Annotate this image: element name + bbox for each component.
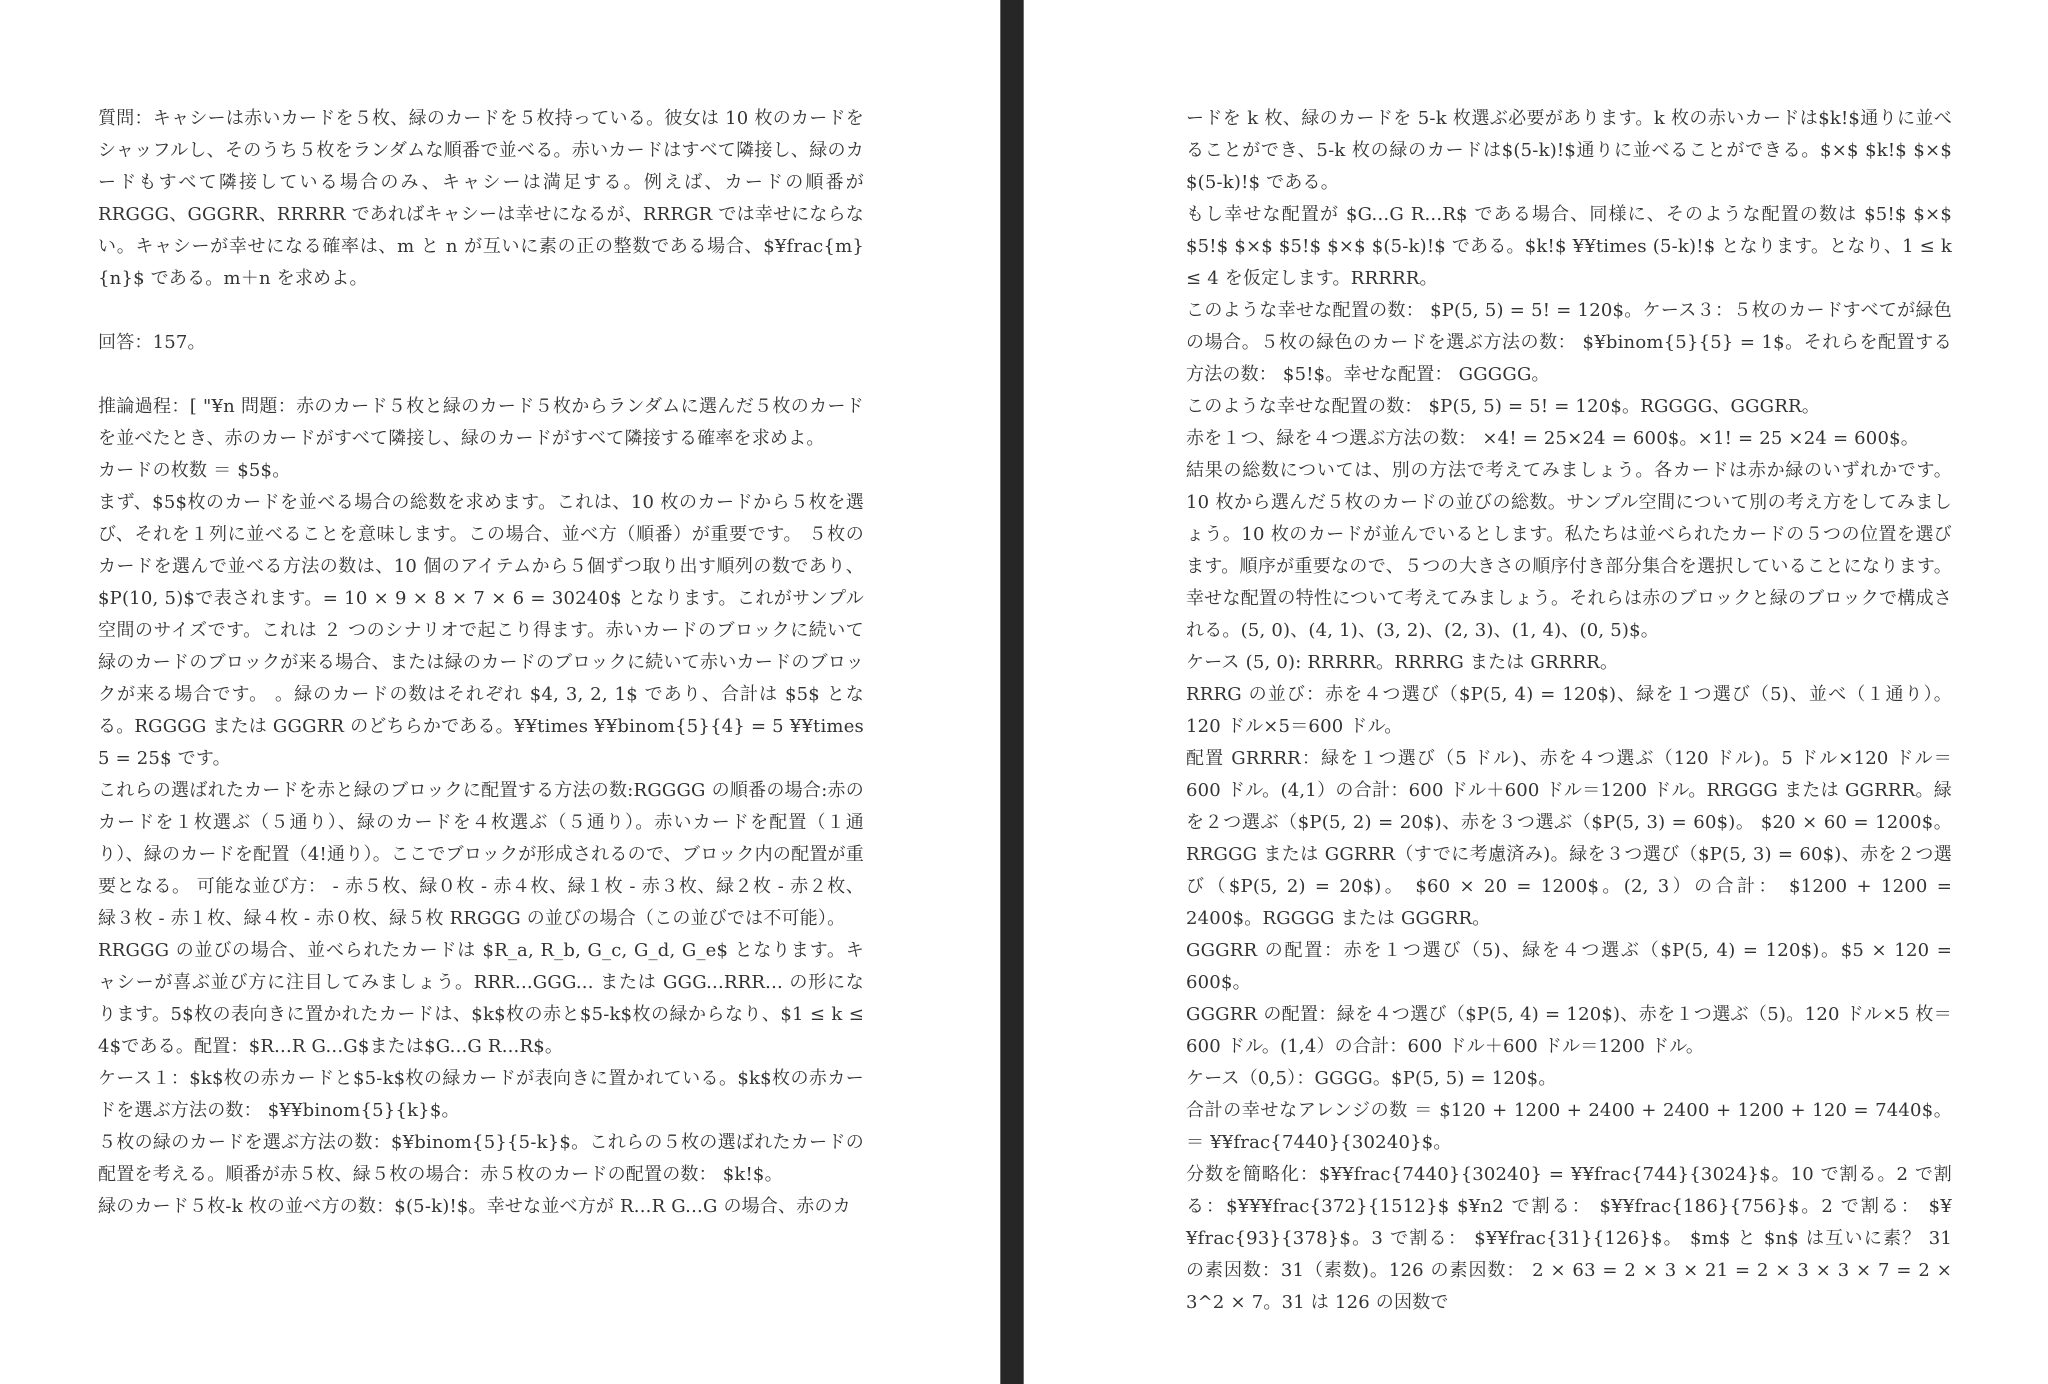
body-paragraph: 結果の総数については、別の方法で考えてみましょう。各カードは赤か緑のいずれかです… bbox=[1186, 455, 1952, 647]
reasoning-paragraph: ケース１：$k$枚の赤カードと$5-k$枚の緑カードが表向きに置かれている。$k… bbox=[98, 1063, 864, 1127]
reasoning-paragraph: カードの枚数 ＝ $5$。 bbox=[98, 455, 864, 487]
body-paragraph: GGGRR の配置：赤を１つ選び（5)、緑を４つ選ぶ（$P(5, 4) = 12… bbox=[1186, 935, 1952, 999]
reasoning-paragraph: 推論過程：[ "¥n 問題：赤のカード５枚と緑のカード５枚からランダムに選んだ５… bbox=[98, 391, 864, 455]
right-page-text: ードを k 枚、緑のカードを 5-k 枚選ぶ必要があります。k 枚の赤いカードは… bbox=[1186, 103, 1952, 1319]
left-page: 質問：キャシーは赤いカードを５枚、緑のカードを５枚持っている。彼女は 10 枚の… bbox=[0, 0, 1000, 1384]
spacer bbox=[98, 295, 864, 327]
reasoning-paragraph: まず、$5$枚のカードを並べる場合の総数を求めます。これは、10 枚のカードから… bbox=[98, 487, 864, 775]
body-paragraph: ードを k 枚、緑のカードを 5-k 枚選ぶ必要があります。k 枚の赤いカードは… bbox=[1186, 103, 1952, 199]
reasoning-paragraph: これらの選ばれたカードを赤と緑のブロックに配置する方法の数:RGGGG の順番の… bbox=[98, 775, 864, 935]
body-paragraph: 配置 GRRRR：緑を１つ選び（5 ドル)、赤を４つ選ぶ（120 ドル)。5 ド… bbox=[1186, 743, 1952, 935]
answer-paragraph: 回答：157。 bbox=[98, 327, 864, 359]
body-paragraph: GGGRR の配置：緑を４つ選び（$P(5, 4) = 120$)、赤を１つ選ぶ… bbox=[1186, 999, 1952, 1063]
reasoning-paragraph: ５枚の緑のカードを選ぶ方法の数：$¥binom{5}{5-k}$。これらの５枚の… bbox=[98, 1127, 864, 1191]
body-paragraph: ケース (5, 0): RRRRR。RRRRG または GRRRR。 bbox=[1186, 647, 1952, 679]
body-paragraph: ケース（0,5）：GGGG。$P(5, 5) = 120$。 bbox=[1186, 1063, 1952, 1095]
reasoning-paragraph: 緑のカード５枚-k 枚の並べ方の数：$(5-k)!$。幸せな並べ方が R...R… bbox=[98, 1191, 864, 1223]
body-paragraph: 合計の幸せなアレンジの数 ＝ $120 + 1200 + 2400 + 2400… bbox=[1186, 1095, 1952, 1159]
reasoning-paragraph: RRGGG の並びの場合、並べられたカードは $R_a, R_b, G_c, G… bbox=[98, 935, 864, 1063]
page-divider bbox=[1000, 0, 1024, 1384]
question-paragraph: 質問：キャシーは赤いカードを５枚、緑のカードを５枚持っている。彼女は 10 枚の… bbox=[98, 103, 864, 295]
right-page: ードを k 枚、緑のカードを 5-k 枚選ぶ必要があります。k 枚の赤いカードは… bbox=[1024, 0, 2048, 1384]
body-paragraph: 赤を１つ、緑を４つ選ぶ方法の数： ×4! = 25×24 = 600$。×1! … bbox=[1186, 423, 1952, 455]
body-paragraph: このような幸せな配置の数： $P(5, 5) = 5! = 120$。ケース３：… bbox=[1186, 295, 1952, 391]
body-paragraph: もし幸せな配置が $G...G R...R$ である場合、同様に、そのような配置… bbox=[1186, 199, 1952, 295]
body-paragraph: RRRG の並び：赤を４つ選び（$P(5, 4) = 120$)、緑を１つ選び（… bbox=[1186, 679, 1952, 743]
spacer bbox=[98, 359, 864, 391]
left-page-text: 質問：キャシーは赤いカードを５枚、緑のカードを５枚持っている。彼女は 10 枚の… bbox=[98, 103, 864, 1223]
body-paragraph: 分数を簡略化：$¥¥frac{7440}{30240} = ¥¥frac{744… bbox=[1186, 1159, 1952, 1319]
body-paragraph: このような幸せな配置の数： $P(5, 5) = 5! = 120$。RGGGG… bbox=[1186, 391, 1952, 423]
